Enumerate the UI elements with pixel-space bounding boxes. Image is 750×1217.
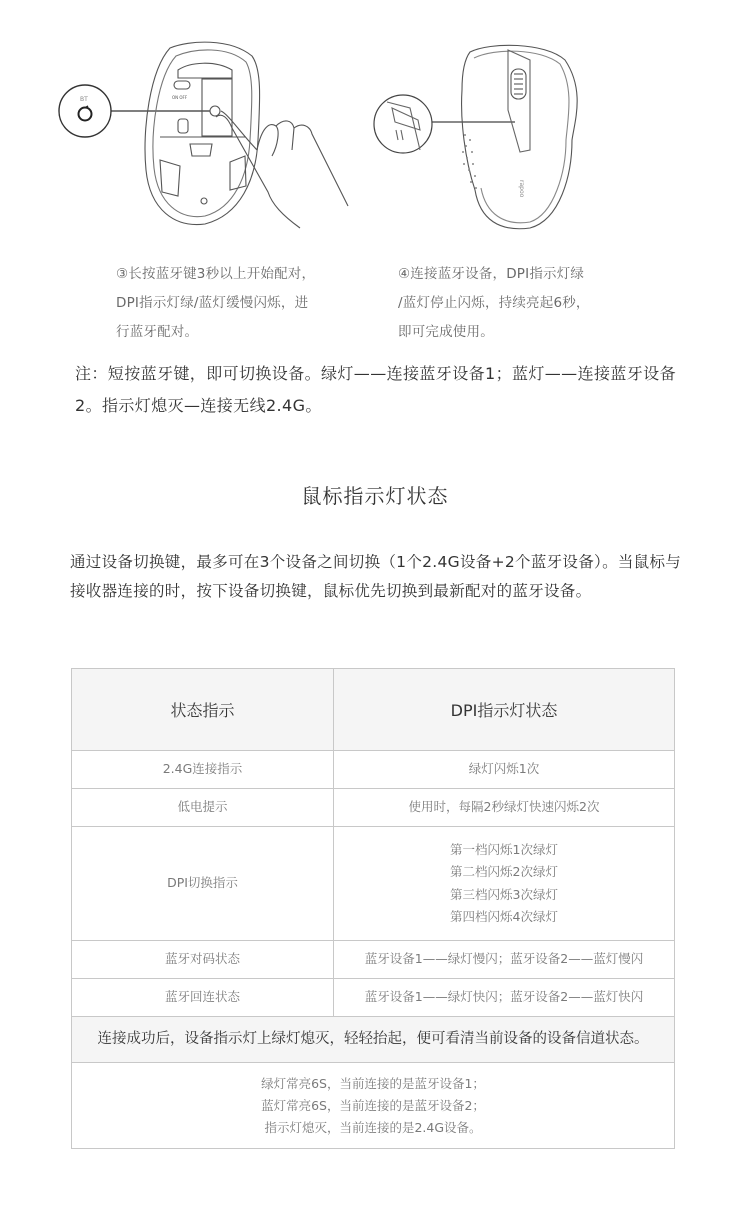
table-row: 蓝牙回连状态 蓝牙设备1——绿灯快闪；蓝牙设备2——蓝灯快闪 <box>72 979 675 1017</box>
header-status: 状态指示 <box>72 669 334 751</box>
table-row: DPI切换指示 第一档闪烁1次绿灯 第二档闪烁2次绿灯 第三档闪烁3次绿灯 第四… <box>72 827 675 941</box>
section-intro: 通过设备切换键，最多可在3个设备之间切换（1个2.4G设备+2个蓝牙设备）。当鼠… <box>70 548 690 606</box>
value-line: 第二档闪烁2次绿灯 <box>334 861 674 884</box>
table-banner-row: 连接成功后，设备指示灯上绿灯熄灭，轻轻抬起，便可看清当前设备的设备信道状态。 <box>72 1017 675 1063</box>
step-4-caption: ④连接蓝牙设备，DPI指示灯绿 /蓝灯停止闪烁，持续亮起6秒， 即可完成使用。 <box>398 260 648 347</box>
svg-text:BT: BT <box>80 96 88 103</box>
step-3-caption: ③长按蓝牙键3秒以上开始配对， DPI指示灯绿/蓝灯缓慢闪烁，进 行蓝牙配对。 <box>116 260 366 347</box>
row-label: 蓝牙回连状态 <box>72 979 334 1017</box>
table-row: 蓝牙对码状态 蓝牙设备1——绿灯慢闪；蓝牙设备2——蓝灯慢闪 <box>72 941 675 979</box>
caption-line: DPI指示灯绿/蓝灯缓慢闪烁，进 <box>116 289 366 318</box>
value-line: 第四档闪烁4次绿灯 <box>334 906 674 929</box>
dpi-indicator-callout-icon <box>374 95 515 153</box>
final-line: 指示灯熄灭，当前连接的是2.4G设备。 <box>72 1117 674 1139</box>
illustration-area: BT ON OFF <box>0 0 750 250</box>
row-value: 绿灯闪烁1次 <box>334 751 675 789</box>
row-value: 第一档闪烁1次绿灯 第二档闪烁2次绿灯 第三档闪烁3次绿灯 第四档闪烁4次绿灯 <box>334 827 675 941</box>
svg-text:ON OFF: ON OFF <box>172 95 188 100</box>
caption-line: /蓝灯停止闪烁，持续亮起6秒， <box>398 289 648 318</box>
section-title: 鼠标指示灯状态 <box>0 480 750 509</box>
caption-line: 行蓝牙配对。 <box>116 318 366 347</box>
table-final-row: 绿灯常亮6S，当前连接的是蓝牙设备1； 蓝灯常亮6S，当前连接的是蓝牙设备2； … <box>72 1063 675 1149</box>
caption-line: 即可完成使用。 <box>398 318 648 347</box>
row-label: 低电提示 <box>72 789 334 827</box>
table-header-row: 状态指示 DPI指示灯状态 <box>72 669 675 751</box>
table-row: 2.4G连接指示 绿灯闪烁1次 <box>72 751 675 789</box>
row-value: 蓝牙设备1——绿灯快闪；蓝牙设备2——蓝灯快闪 <box>334 979 675 1017</box>
final-line: 蓝灯常亮6S，当前连接的是蓝牙设备2； <box>72 1095 674 1117</box>
mouse-illustrations: BT ON OFF <box>0 0 750 250</box>
indicator-status-table: 状态指示 DPI指示灯状态 2.4G连接指示 绿灯闪烁1次 低电提示 使用时，每… <box>71 668 675 1149</box>
hand-pressing-icon <box>216 111 348 228</box>
header-dpi-status: DPI指示灯状态 <box>334 669 675 751</box>
value-line: 第一档闪烁1次绿灯 <box>334 839 674 862</box>
value-line: 第三档闪烁3次绿灯 <box>334 884 674 907</box>
caption-line: ④连接蓝牙设备，DPI指示灯绿 <box>398 260 648 289</box>
row-value: 使用时，每隔2秒绿灯快速闪烁2次 <box>334 789 675 827</box>
svg-text:rapoo: rapoo <box>518 180 525 198</box>
row-label: DPI切换指示 <box>72 827 334 941</box>
final-line: 绿灯常亮6S，当前连接的是蓝牙设备1； <box>72 1073 674 1095</box>
table-row: 低电提示 使用时，每隔2秒绿灯快速闪烁2次 <box>72 789 675 827</box>
mouse-top-icon: rapoo <box>462 45 578 228</box>
banner-text: 连接成功后，设备指示灯上绿灯熄灭，轻轻抬起，便可看清当前设备的设备信道状态。 <box>72 1017 675 1063</box>
row-label: 2.4G连接指示 <box>72 751 334 789</box>
caption-line: ③长按蓝牙键3秒以上开始配对， <box>116 260 366 289</box>
note-text: 注：短按蓝牙键，即可切换设备。绿灯——连接蓝牙设备1；蓝灯——连接蓝牙设备2。指… <box>75 358 685 422</box>
row-value: 蓝牙设备1——绿灯慢闪；蓝牙设备2——蓝灯慢闪 <box>334 941 675 979</box>
bluetooth-callout-icon: BT <box>59 85 210 137</box>
row-label: 蓝牙对码状态 <box>72 941 334 979</box>
final-note: 绿灯常亮6S，当前连接的是蓝牙设备1； 蓝灯常亮6S，当前连接的是蓝牙设备2； … <box>72 1063 675 1149</box>
